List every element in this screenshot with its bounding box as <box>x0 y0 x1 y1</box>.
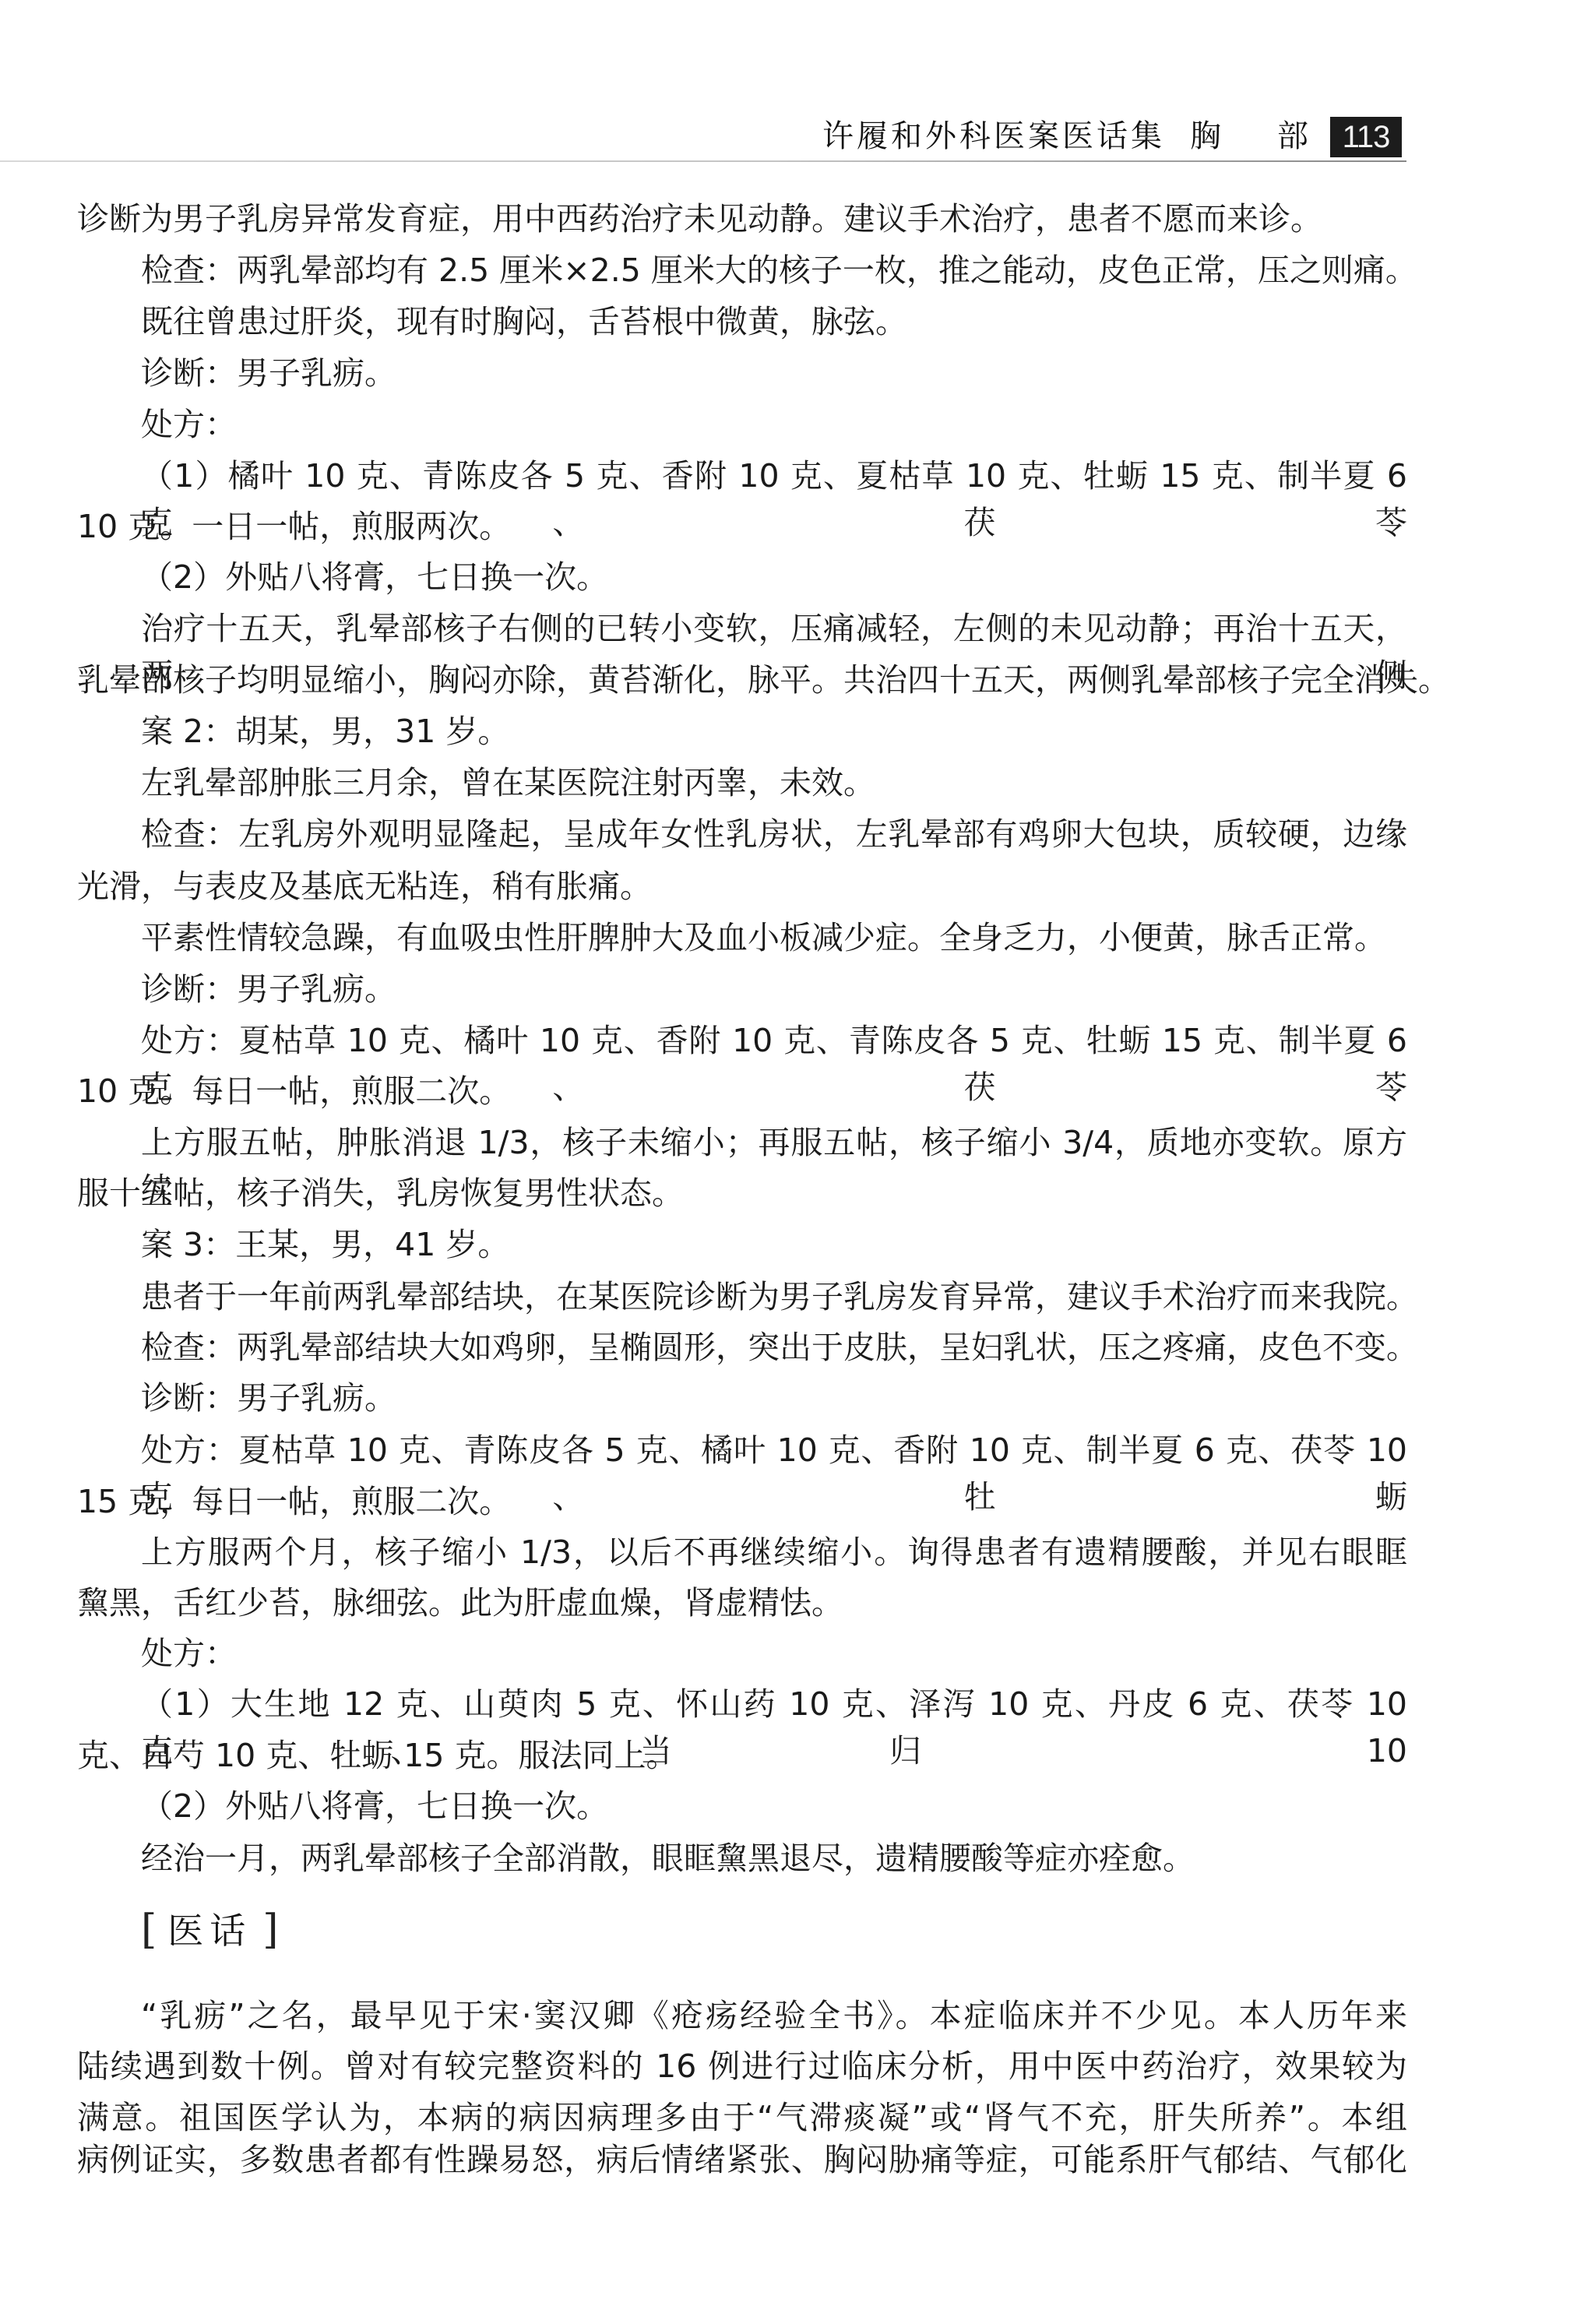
text-line: 患者于一年前两乳晕部结块，在某医院诊断为男子乳房发育异常，建议手术治疗而来我院。 <box>141 1273 1418 1320</box>
text-line: 平素性情较急躁，有血吸虫性肝脾肿大及血小板减少症。全身乏力，小便黄，脉舌正常。 <box>141 914 1386 961</box>
text-line: （2）外贴八将膏，七日换一次。 <box>141 554 608 600</box>
text-line: （2）外贴八将膏，七日换一次。 <box>141 1783 608 1829</box>
text-line: 服十五帖，核子消失，乳房恢复男性状态。 <box>77 1170 684 1217</box>
text-line: 黧黑，舌红少苔，脉细弦。此为肝虚血燥，肾虚精怯。 <box>77 1579 843 1626</box>
text-line: “乳疬”之名，最早见于宋·窦汉卿《疮疡经验全书》。本症临床并不少见。本人历年来 <box>141 1992 1407 2039</box>
text-line: 10 克。一日一帖，煎服两次。 <box>77 503 511 550</box>
text-line: （1）大生地 12 克、山萸肉 5 克、怀山药 10 克、泽泻 10 克、丹皮 … <box>141 1681 1407 1727</box>
text-line: 治疗十五天，乳晕部核子右侧的已转小变软，压痛减轻，左侧的未见动静；再治十五天，两… <box>141 605 1407 652</box>
text-line: 克、白芍 10 克、牡蛎 15 克。服法同上。 <box>77 1732 678 1779</box>
book-title: 许履和外科医案医话集 <box>822 117 1165 156</box>
header-rule <box>0 160 1406 162</box>
text-line: 检查：两乳晕部均有 2.5 厘米×2.5 厘米大的核子一枚，推之能动，皮色正常，… <box>141 247 1417 294</box>
text-line: 处方：夏枯草 10 克、青陈皮各 5 克、橘叶 10 克、香附 10 克、制半夏… <box>141 1427 1407 1474</box>
page-number-badge: 113 <box>1330 117 1402 157</box>
section-title: 医话 <box>157 1910 262 1952</box>
section-heading-yihua: [医话] <box>141 1905 279 1955</box>
text-line: 处方： <box>141 401 237 448</box>
section-char-1: 胸 <box>1190 117 1221 156</box>
text-line: 诊断：男子乳疬。 <box>141 966 396 1012</box>
text-line: 10 克。每日一帖，煎服二次。 <box>77 1068 511 1114</box>
text-line: 检查：左乳房外观明显隆起，呈成年女性乳房状，左乳晕部有鸡卵大包块，质较硬，边缘 <box>141 811 1407 857</box>
text-line: 检查：两乳晕部结块大如鸡卵，呈椭圆形，突出于皮肤，呈妇乳状，压之疼痛，皮色不变。 <box>141 1324 1418 1371</box>
text-line: 经治一月，两乳晕部核子全部消散，眼眶黧黑退尽，遗精腰酸等症亦痊愈。 <box>141 1835 1195 1882</box>
bracket-close: ] <box>262 1907 278 1953</box>
text-line: 案 2：胡某，男，31 岁。 <box>141 708 509 755</box>
section-char-2: 部 <box>1277 117 1308 156</box>
text-line: 处方：夏枯草 10 克、橘叶 10 克、香附 10 克、青陈皮各 5 克、牡蛎 … <box>141 1017 1407 1064</box>
bracket-open: [ <box>141 1907 157 1953</box>
text-line: 既往曾患过肝炎，现有时胸闷，舌苔根中微黄，脉弦。 <box>141 298 907 345</box>
text-line: 上方服两个月，核子缩小 1/3，以后不再继续缩小。询得患者有遗精腰酸，并见右眼眶 <box>141 1529 1407 1576</box>
text-line: 左乳晕部肿胀三月余，曾在某医院注射丙睾，未效。 <box>141 759 875 806</box>
text-line: 满意。祖国医学认为，本病的病因病理多由于“气滞痰凝”或“肾气不充，肝失所养”。本… <box>77 2094 1407 2141</box>
text-line: 上方服五帖，肿胀消退 1/3，核子未缩小；再服五帖，核子缩小 3/4，质地亦变软… <box>141 1119 1407 1166</box>
text-line: 诊断为男子乳房异常发育症，用中西药治疗未见动静。建议手术治疗，患者不愿而来诊。 <box>77 195 1322 242</box>
text-line: 15 克，每日一帖，煎服二次。 <box>77 1478 511 1525</box>
text-line: 陆续遇到数十例。曾对有较完整资料的 16 例进行过临床分析，用中医中药治疗，效果… <box>77 2043 1407 2090</box>
text-line: 病例证实，多数患者都有性躁易怒，病后情绪紧张、胸闷胁痛等症，可能系肝气郁结、气郁… <box>77 2136 1407 2183</box>
text-line: 处方： <box>141 1630 237 1677</box>
text-line: （1）橘叶 10 克、青陈皮各 5 克、香附 10 克、夏枯草 10 克、牡蛎 … <box>141 452 1407 499</box>
text-line: 诊断：男子乳疬。 <box>141 1375 396 1421</box>
text-line: 诊断：男子乳疬。 <box>141 350 396 396</box>
text-line: 案 3：王某，男，41 岁。 <box>141 1221 509 1268</box>
text-line: 光滑，与表皮及基底无粘连，稍有胀痛。 <box>77 863 652 910</box>
text-line: 乳晕部核子均明显缩小，胸闷亦除，黄苔渐化，脉平。共治四十五天，两侧乳晕部核子完全… <box>77 657 1450 703</box>
